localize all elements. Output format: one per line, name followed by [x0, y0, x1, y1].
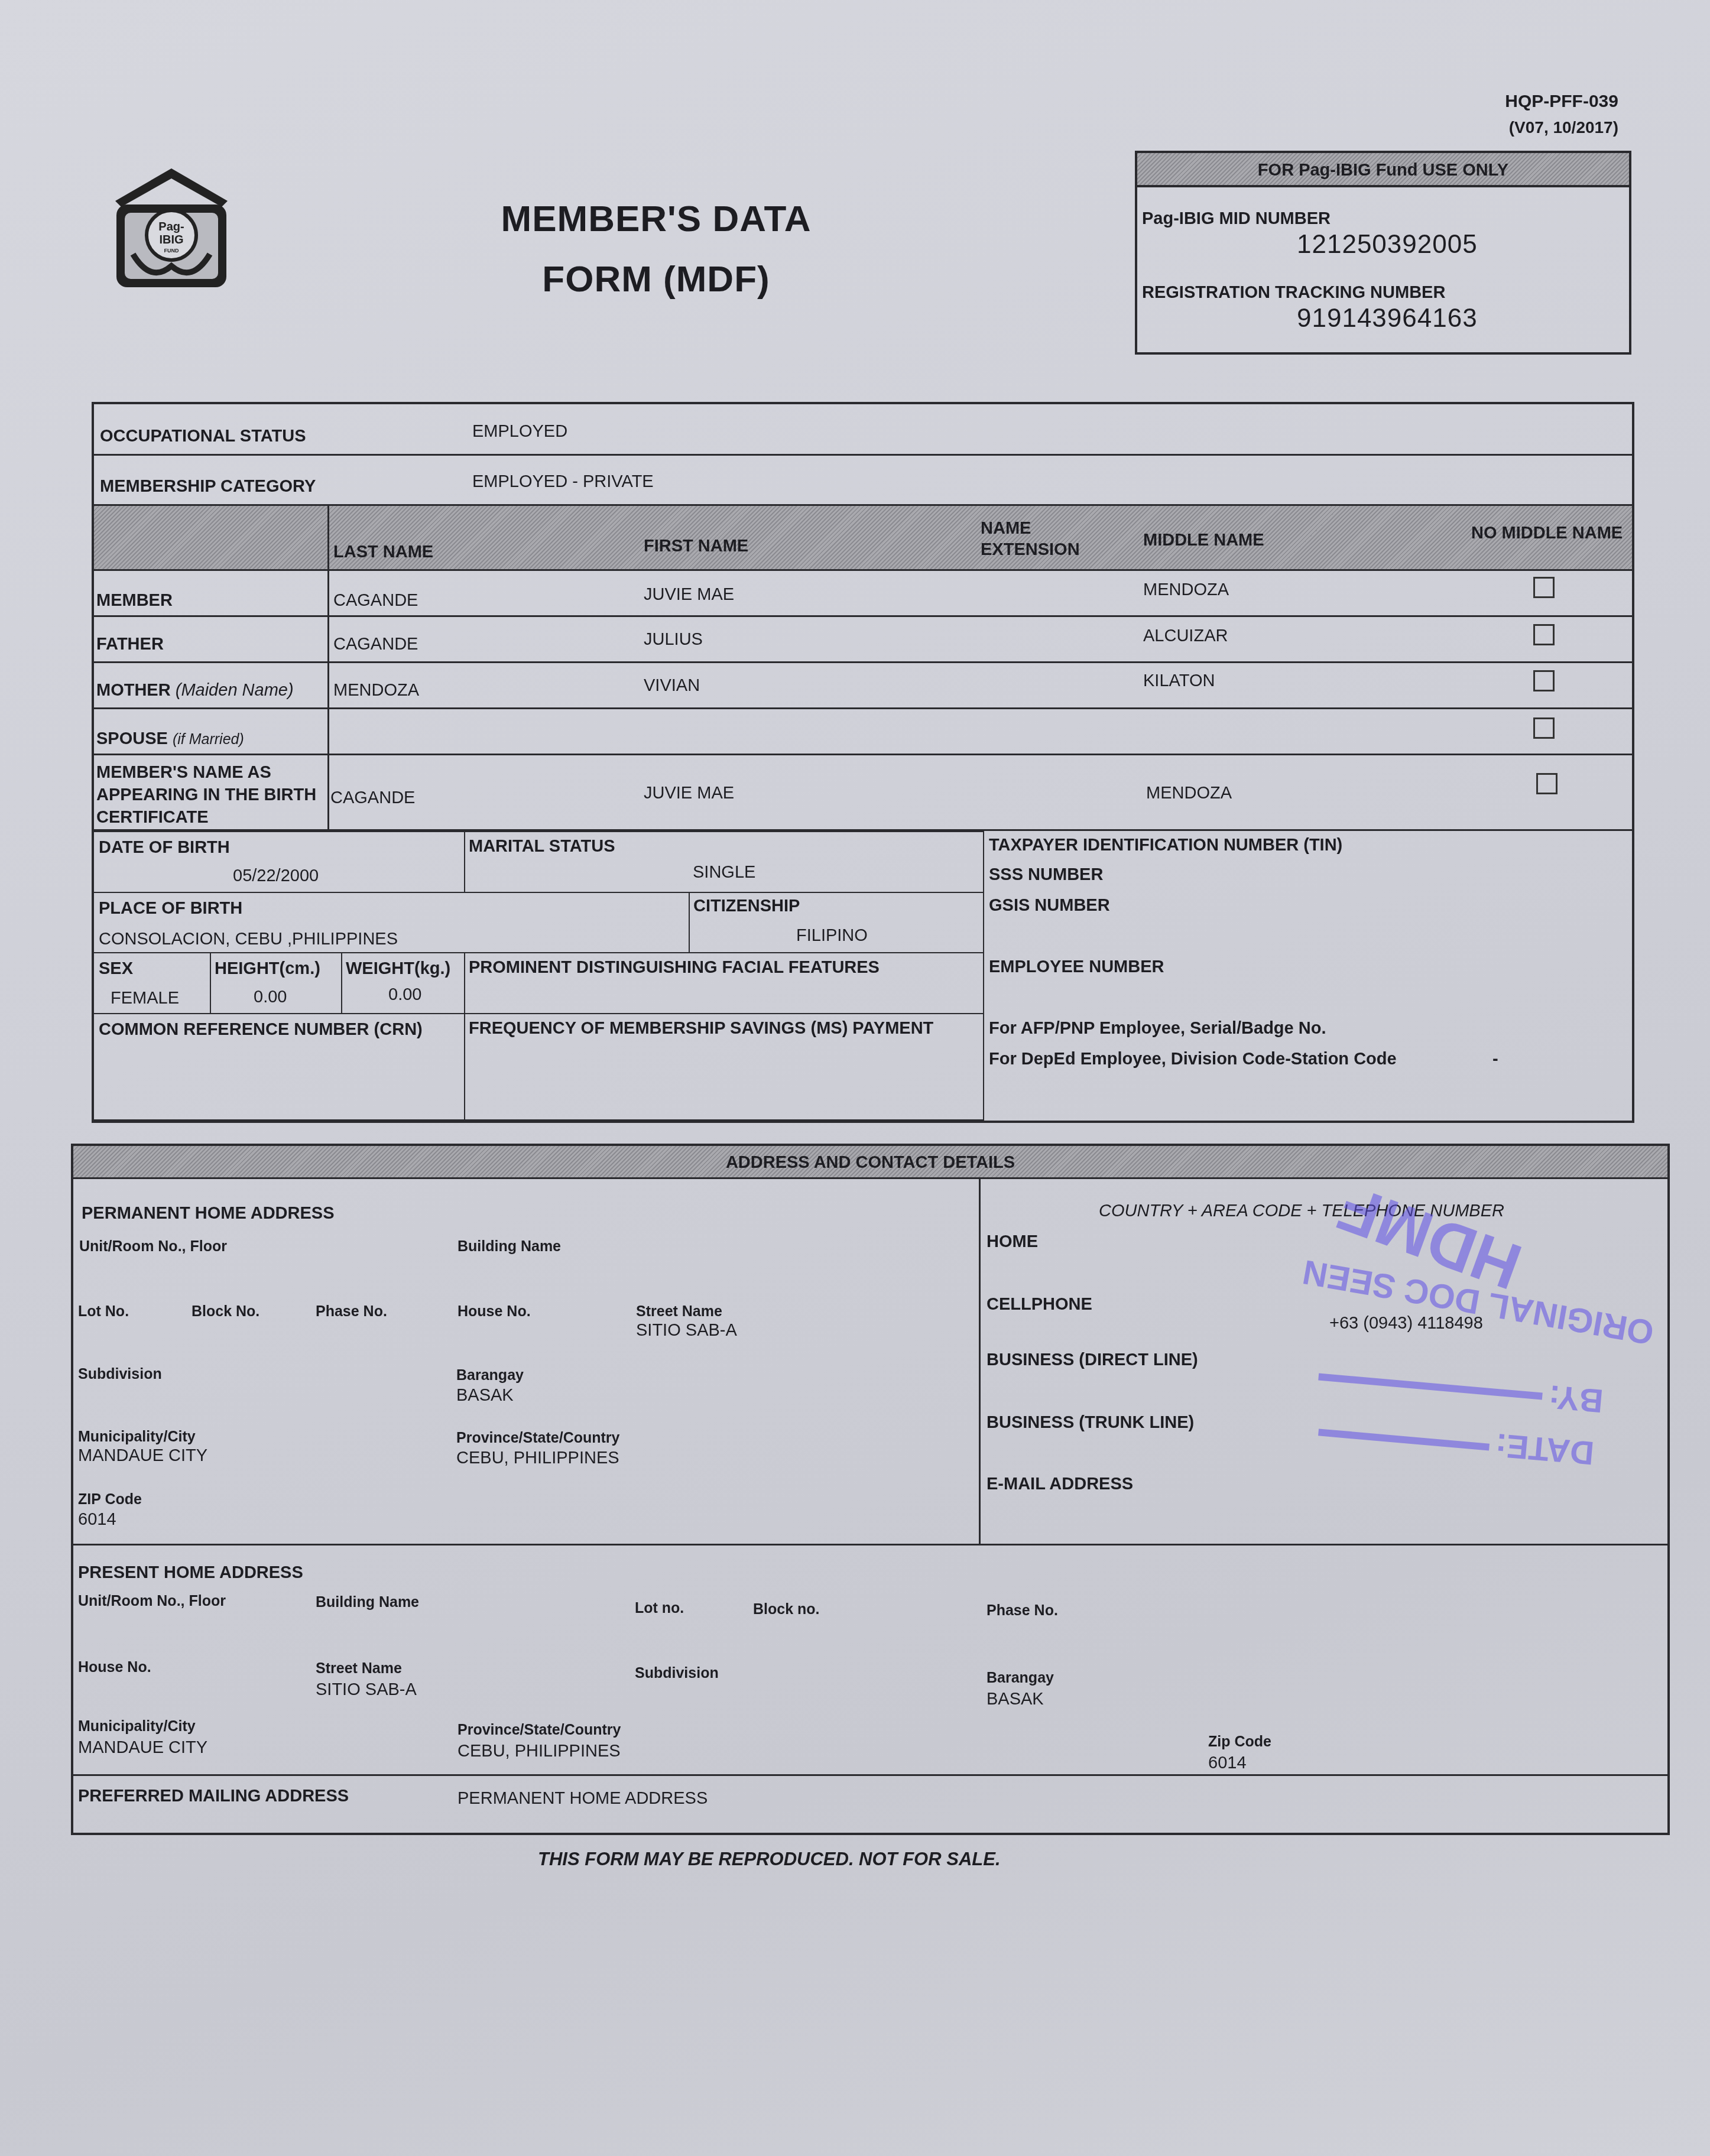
fund-use-only-box: FOR Pag-IBIG Fund USE ONLY Pag-IBIG MID … [1135, 151, 1631, 355]
pres-province-value[interactable]: CEBU, PHILIPPINES [457, 1742, 621, 1761]
svg-text:IBIG: IBIG [159, 233, 183, 246]
table-row: MEMBER'S NAME AS APPEARING IN THE BIRTH … [94, 755, 1632, 831]
table-row: MOTHER (Maiden Name) MENDOZA VIVIAN KILA… [94, 663, 1632, 709]
perm-phase-field[interactable]: Phase No. [316, 1303, 387, 1320]
dob-value: 05/22/2000 [233, 866, 319, 886]
pres-street-value[interactable]: SITIO SAB-A [316, 1680, 417, 1700]
title-line-2: FORM (MDF) [449, 249, 863, 310]
employee-number-field[interactable]: EMPLOYEE NUMBER [989, 957, 1164, 977]
perm-city-value[interactable]: MANDAUE CITY [78, 1446, 207, 1466]
header-no-middle-name: NO MIDDLE NAME [1471, 524, 1623, 543]
email-address-field[interactable]: E-MAIL ADDRESS [987, 1475, 1133, 1494]
fund-use-header: FOR Pag-IBIG Fund USE ONLY [1137, 153, 1629, 187]
marital-status-value: SINGLE [693, 863, 755, 882]
height-value: 0.00 [254, 988, 287, 1007]
present-address-title: PRESENT HOME ADDRESS [78, 1563, 303, 1583]
permanent-address-title: PERMANENT HOME ADDRESS [82, 1204, 335, 1223]
names-table-header: LAST NAME FIRST NAME NAMEEXTENSION MIDDL… [94, 506, 1632, 571]
row-label-spouse: SPOUSE (if Married) [96, 729, 244, 749]
pres-block-field[interactable]: Block no. [753, 1601, 820, 1618]
row-label-birth-certificate-name: MEMBER'S NAME AS APPEARING IN THE BIRTH … [96, 761, 321, 829]
perm-subdivision-field[interactable]: Subdivision [78, 1366, 162, 1383]
form-code: HQP-PFF-039 (V07, 10/2017) [1505, 89, 1618, 141]
page-title: MEMBER'S DATA FORM (MDF) [449, 189, 863, 310]
perm-province-value[interactable]: CEBU, PHILIPPINES [456, 1449, 619, 1468]
marital-status-field[interactable]: MARITAL STATUS SINGLE [464, 831, 984, 893]
house-hands-icon: Pag- IBIG FUND [109, 165, 233, 290]
rtn-label: REGISTRATION TRACKING NUMBER [1142, 283, 1445, 303]
business-trunk-line-field[interactable]: BUSINESS (TRUNK LINE) [987, 1413, 1194, 1433]
business-direct-line-field[interactable]: BUSINESS (DIRECT LINE) [987, 1350, 1198, 1370]
mother-no-middle-name-checkbox[interactable] [1533, 670, 1555, 691]
crn-field[interactable]: COMMON REFERENCE NUMBER (CRN) [93, 1013, 465, 1121]
pres-subdivision-field[interactable]: Subdivision [635, 1665, 719, 1682]
father-middle-name[interactable]: ALCUIZAR [1143, 626, 1228, 646]
perm-house-field[interactable]: House No. [457, 1303, 531, 1320]
personal-info-section: OCCUPATIONAL STATUS EMPLOYED MEMBERSHIP … [92, 402, 1634, 1123]
table-row: MEMBER CAGANDE JUVIE MAE MENDOZA [94, 571, 1632, 617]
membership-category-value[interactable]: EMPLOYED - PRIVATE [472, 472, 654, 492]
header-middle-name: MIDDLE NAME [1143, 531, 1264, 550]
perm-zip-value[interactable]: 6014 [78, 1510, 116, 1530]
father-no-middle-name-checkbox[interactable] [1533, 624, 1555, 645]
government-ids-panel: TAXPAYER IDENTIFICATION NUMBER (TIN) SSS… [983, 831, 1632, 1121]
pres-unit-field[interactable]: Unit/Room No., Floor [78, 1593, 226, 1610]
member-first-name[interactable]: JUVIE MAE [644, 585, 734, 605]
member-last-name[interactable]: CAGANDE [333, 591, 418, 611]
pres-building-field[interactable]: Building Name [316, 1594, 419, 1611]
height-field[interactable]: HEIGHT(cm.) 0.00 [210, 952, 342, 1014]
citizenship-field[interactable]: CITIZENSHIP FILIPINO [689, 892, 984, 953]
stamp-date-line [1318, 1428, 1490, 1450]
mid-number-label: Pag-IBIG MID NUMBER [1142, 209, 1331, 229]
occupational-status-label: OCCUPATIONAL STATUS [100, 427, 306, 446]
birth-cert-no-middle-name-checkbox[interactable] [1536, 773, 1558, 794]
weight-field[interactable]: WEIGHT(kg.) 0.00 [341, 952, 465, 1014]
row-label-mother: MOTHER (Maiden Name) [96, 681, 294, 700]
mother-last-name[interactable]: MENDOZA [333, 681, 419, 700]
pres-zip-value[interactable]: 6014 [1208, 1754, 1247, 1773]
table-row: SPOUSE (if Married) [94, 709, 1632, 755]
father-first-name[interactable]: JULIUS [644, 630, 703, 650]
stamp-by-line [1318, 1373, 1543, 1400]
row-label-member: MEMBER [96, 591, 173, 611]
svg-text:FUND: FUND [164, 248, 179, 254]
received-stamp: HDMF ORIGINAL DOC SEEN BY: DATE: [1300, 1188, 1631, 1519]
tin-field[interactable]: TAXPAYER IDENTIFICATION NUMBER (TIN) [989, 836, 1342, 855]
deped-code-field[interactable]: For DepEd Employee, Division Code-Statio… [989, 1050, 1397, 1069]
birth-cert-first-name[interactable]: JUVIE MAE [644, 784, 734, 803]
preferred-mailing-value[interactable]: PERMANENT HOME ADDRESS [457, 1789, 708, 1808]
pres-house-field[interactable]: House No. [78, 1659, 151, 1676]
spouse-no-middle-name-checkbox[interactable] [1533, 717, 1555, 739]
place-of-birth-field[interactable]: PLACE OF BIRTH CONSOLACION, CEBU ,PHILIP… [93, 892, 690, 953]
preferred-mailing-row: PREFERRED MAILING ADDRESS PERMANENT HOME… [73, 1776, 1667, 1833]
facial-features-field[interactable]: PROMINENT DISTINGUISHING FACIAL FEATURES [464, 952, 984, 1014]
mother-first-name[interactable]: VIVIAN [644, 676, 700, 696]
member-middle-name[interactable]: MENDOZA [1143, 580, 1229, 600]
sex-value: FEMALE [111, 989, 179, 1008]
row-label-father: FATHER [96, 635, 164, 654]
mother-middle-name[interactable]: KILATON [1143, 671, 1215, 691]
pres-lot-field[interactable]: Lot no. [635, 1600, 684, 1617]
present-address-block: PRESENT HOME ADDRESS Unit/Room No., Floo… [73, 1545, 1667, 1776]
gsis-field[interactable]: GSIS NUMBER [989, 896, 1110, 915]
pag-ibig-logo: Pag- IBIG FUND [109, 165, 233, 290]
rtn-value: 919143964163 [1297, 304, 1478, 333]
header-last-name: LAST NAME [333, 543, 433, 562]
weight-value: 0.00 [388, 985, 421, 1005]
perm-lot-field[interactable]: Lot No. [78, 1303, 129, 1320]
perm-street-value[interactable]: SITIO SAB-A [636, 1321, 737, 1340]
perm-block-field[interactable]: Block No. [192, 1303, 259, 1320]
sss-field[interactable]: SSS NUMBER [989, 865, 1103, 885]
father-last-name[interactable]: CAGANDE [333, 635, 418, 654]
form-version: (V07, 10/2017) [1505, 115, 1618, 141]
membership-category-row: MEMBERSHIP CATEGORY EMPLOYED - PRIVATE [94, 456, 1632, 506]
birth-cert-middle-name[interactable]: MENDOZA [1146, 784, 1232, 803]
preferred-mailing-label: PREFERRED MAILING ADDRESS [78, 1787, 349, 1806]
sex-field[interactable]: SEX FEMALE [93, 952, 211, 1014]
form-code-number: HQP-PFF-039 [1505, 89, 1618, 115]
mid-number-value: 121250392005 [1297, 230, 1478, 259]
header-first-name: FIRST NAME [644, 537, 748, 556]
header-name-extension: NAMEEXTENSION [981, 518, 1080, 560]
occupational-status-value[interactable]: EMPLOYED [472, 422, 567, 441]
birth-cert-last-name[interactable]: CAGANDE [330, 788, 415, 808]
pres-city-value[interactable]: MANDAUE CITY [78, 1738, 207, 1758]
permanent-address-block: PERMANENT HOME ADDRESS Unit/Room No., Fl… [73, 1179, 981, 1545]
place-of-birth-value: CONSOLACION, CEBU ,PHILIPPINES [99, 930, 398, 949]
citizenship-value: FILIPINO [796, 926, 868, 946]
perm-barangay-value[interactable]: BASAK [456, 1386, 514, 1405]
occupational-status-row: OCCUPATIONAL STATUS EMPLOYED [94, 404, 1632, 456]
personal-details-grid: DATE OF BIRTH 05/22/2000 MARITAL STATUS … [94, 831, 1632, 1121]
deped-code-value: - [1492, 1050, 1498, 1069]
pres-phase-field[interactable]: Phase No. [987, 1602, 1058, 1619]
date-of-birth-field[interactable]: DATE OF BIRTH 05/22/2000 [93, 831, 465, 893]
membership-category-label: MEMBERSHIP CATEGORY [100, 477, 316, 496]
perm-unit-field[interactable]: Unit/Room No., Floor [79, 1238, 227, 1255]
title-line-1: MEMBER'S DATA [449, 189, 863, 249]
afp-pnp-serial-field[interactable]: For AFP/PNP Employee, Serial/Badge No. [989, 1019, 1326, 1038]
pres-barangay-value[interactable]: BASAK [987, 1690, 1044, 1709]
home-phone-field[interactable]: HOME [987, 1232, 1038, 1252]
table-row: FATHER CAGANDE JULIUS ALCUIZAR [94, 617, 1632, 663]
perm-building-field[interactable]: Building Name [457, 1238, 561, 1255]
ms-payment-frequency-field[interactable]: FREQUENCY OF MEMBERSHIP SAVINGS (MS) PAY… [464, 1013, 984, 1121]
form-footer-note: THIS FORM MAY BE REPRODUCED. NOT FOR SAL… [538, 1849, 1001, 1870]
member-no-middle-name-checkbox[interactable] [1533, 577, 1555, 598]
address-section-header: ADDRESS AND CONTACT DETAILS [73, 1146, 1667, 1179]
svg-text:Pag-: Pag- [158, 220, 184, 233]
